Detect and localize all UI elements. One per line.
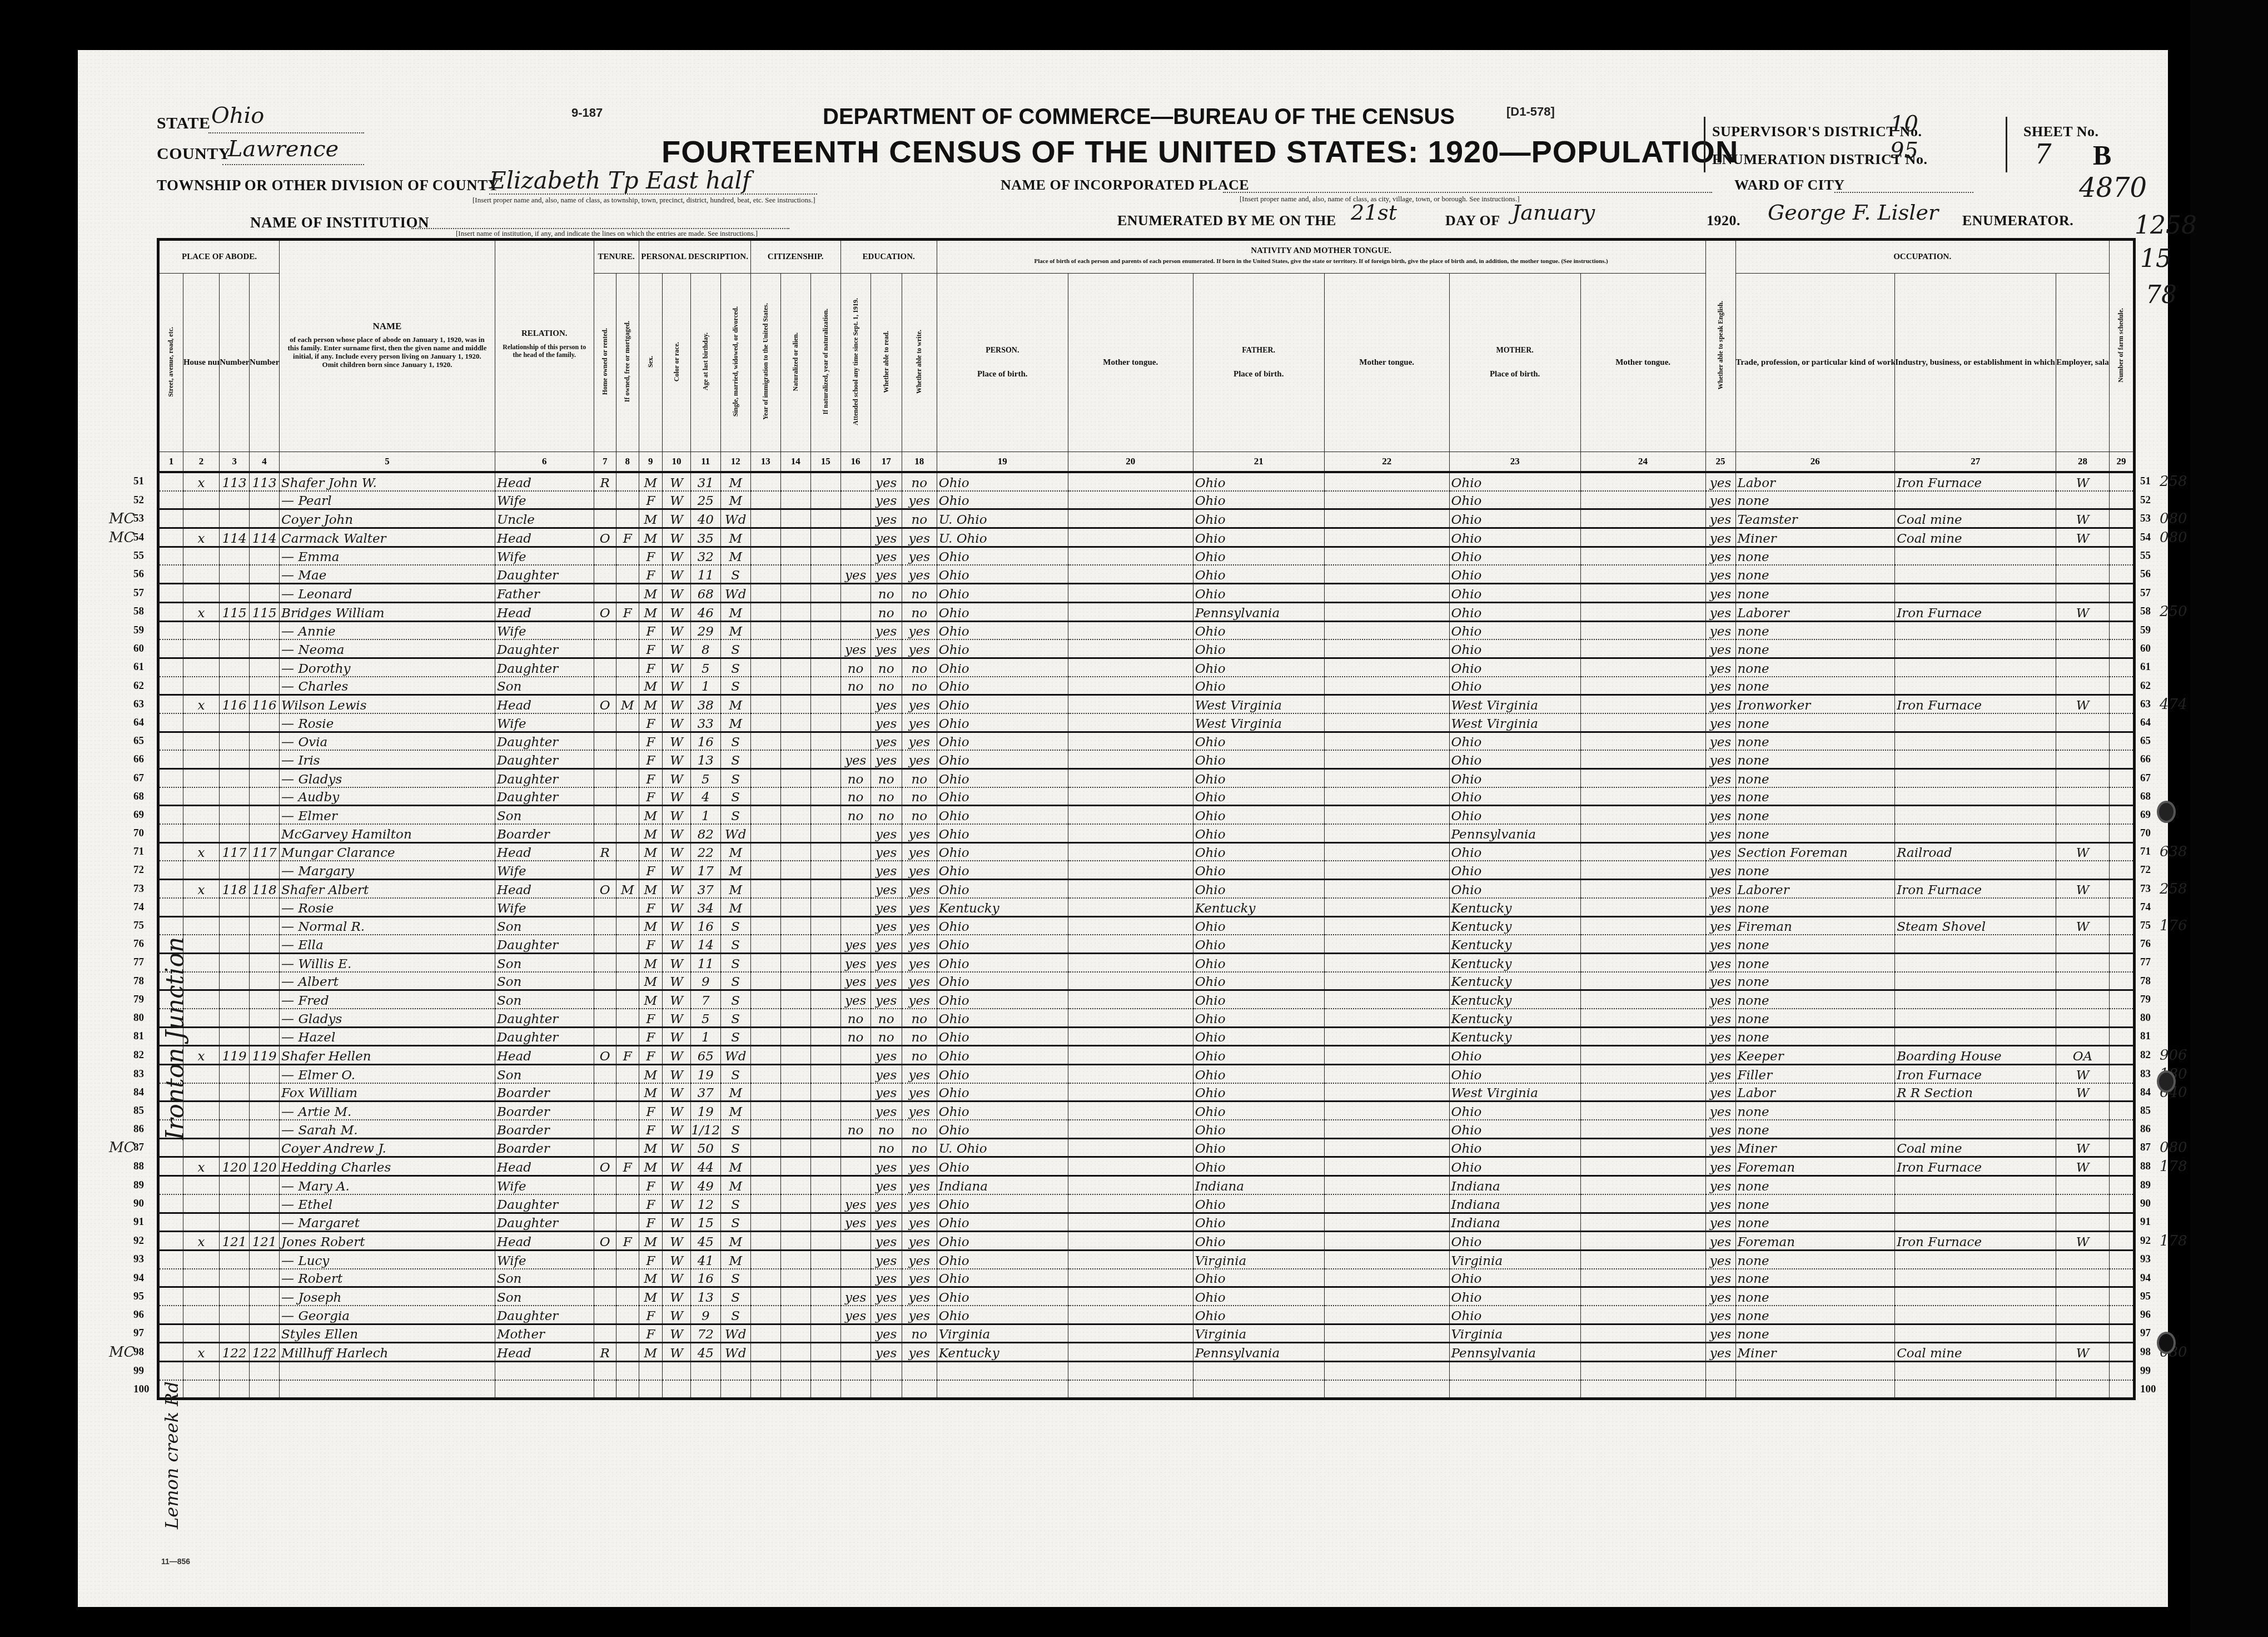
cell-race: W	[663, 639, 691, 658]
cell-english: yes	[1705, 658, 1735, 676]
line-number: 59	[133, 624, 144, 637]
cell-home	[594, 1194, 616, 1213]
cell-name: — Gladys	[280, 769, 495, 787]
cell-natyr	[810, 1083, 840, 1102]
cell-sex: M	[639, 528, 663, 547]
cell-name: — Gladys	[280, 1009, 495, 1027]
cell-nat	[780, 787, 810, 806]
cell-pob: Ohio	[937, 565, 1068, 583]
cell-age: 19	[690, 1065, 720, 1083]
line-number: 90	[2140, 1198, 2151, 1210]
cell-col-24	[1580, 621, 1705, 639]
cell-age: 37	[690, 1083, 720, 1102]
cell-trade: none	[1735, 861, 1895, 879]
cell-relation: Wife	[495, 713, 594, 732]
cell-sex: M	[639, 1343, 663, 1362]
cell-race: W	[663, 916, 691, 935]
line-number: 79	[2140, 994, 2151, 1006]
cell-col-29	[2109, 842, 2134, 861]
cell-read: no	[871, 658, 902, 676]
cell-imm	[750, 806, 780, 824]
cell-imm	[750, 1287, 780, 1306]
cell-imm	[750, 1046, 780, 1065]
cell-class: W	[2056, 1343, 2110, 1362]
cell-col-29	[2109, 1009, 2134, 1027]
cell-trade: none	[1735, 1213, 1895, 1232]
cell-age: 50	[690, 1138, 720, 1157]
cell-sex: F	[639, 621, 663, 639]
cell-mort	[616, 1287, 639, 1306]
census-row: x114114Carmack WalterHeadOFMW35MyesyesU.…	[158, 528, 2135, 547]
cell-col-22	[1324, 713, 1449, 732]
cell-english: yes	[1705, 472, 1735, 491]
cell-industry	[1895, 1027, 2056, 1046]
cell-nat	[780, 1269, 810, 1287]
cell-read: yes	[871, 1176, 902, 1194]
cell-age: 11	[690, 565, 720, 583]
cell-col-29	[2109, 953, 2134, 971]
cell-age: 45	[690, 1232, 720, 1251]
cell-industry	[1895, 898, 2056, 916]
cell-read: yes	[871, 1194, 902, 1213]
cell-col-24	[1580, 491, 1705, 509]
cell-trade: none	[1735, 898, 1895, 916]
cell-marital: M	[720, 491, 750, 509]
cell-sex: M	[639, 584, 663, 603]
cell-marital: M	[720, 861, 750, 879]
cell-age: 14	[690, 935, 720, 953]
cell-nat	[780, 1232, 810, 1251]
mother-heading: MOTHER.	[1450, 347, 1580, 371]
cell-pob: Ohio	[937, 750, 1068, 768]
census-row: — Mary A.WifeFW49MyesyesIndianaIndianaIn…	[158, 1176, 2135, 1194]
line-number: 54	[2140, 532, 2151, 544]
column-number: 8	[616, 452, 639, 473]
col-27-header: Industry, business, or establishment in …	[1895, 274, 2056, 452]
cell-english: yes	[1705, 602, 1735, 621]
cell-school	[840, 547, 871, 565]
cell-home	[594, 1306, 616, 1324]
cell-pob: Ohio	[937, 639, 1068, 658]
cell-visit	[183, 1269, 219, 1287]
cell-family	[250, 1120, 280, 1138]
cell-col-24	[1580, 472, 1705, 491]
cell-race: W	[663, 1287, 691, 1306]
cell-nat	[780, 1083, 810, 1102]
cell-school	[840, 509, 871, 528]
cell-pob: Ohio	[937, 861, 1068, 879]
cell-race: W	[663, 1157, 691, 1176]
cell-col-22	[1324, 1027, 1449, 1046]
cell-industry	[1895, 972, 2056, 990]
punch-hole	[2157, 1070, 2176, 1093]
cell-industry: Iron Furnace	[1895, 1065, 2056, 1083]
cell-home: R	[594, 1343, 616, 1362]
cell-pob: Ohio	[937, 1250, 1068, 1268]
cell-name: — Rosie	[280, 898, 495, 916]
cell-home: O	[594, 1232, 616, 1251]
cell-age: 25	[690, 491, 720, 509]
census-row: x115115Bridges WilliamHeadOFMW46MnonoOhi…	[158, 602, 2135, 621]
cell-read: no	[871, 806, 902, 824]
cell-english: yes	[1705, 1046, 1735, 1065]
cell-mort	[616, 547, 639, 565]
cell-col-24	[1580, 713, 1705, 732]
cell-imm	[750, 1138, 780, 1157]
cell-col-20	[1068, 695, 1193, 713]
cell-marital: M	[720, 1083, 750, 1102]
cell-write	[902, 1380, 937, 1399]
cell-col-29	[2109, 602, 2134, 621]
cell-fpob: Ohio	[1193, 861, 1324, 879]
cell-natyr	[810, 472, 840, 491]
line-number: 62	[133, 680, 144, 692]
cell-school: no	[840, 769, 871, 787]
cell-family	[250, 861, 280, 879]
cell-mpob: Pennsylvania	[1449, 824, 1580, 842]
census-row: — AnnieWifeFW29MyesyesOhioOhioOhioyesnon…	[158, 621, 2135, 639]
cell-imm	[750, 713, 780, 732]
cell-name: — Lucy	[280, 1250, 495, 1268]
cell-industry: Iron Furnace	[1895, 1157, 2056, 1176]
cell-mort	[616, 732, 639, 750]
line-number: 67	[133, 772, 144, 785]
cell-age: 16	[690, 1269, 720, 1287]
line-number: 91	[133, 1216, 144, 1228]
cell-english	[1705, 1362, 1735, 1380]
cell-school	[840, 898, 871, 916]
cell-pob: Ohio	[937, 916, 1068, 935]
enumerator-label: ENUMERATOR.	[1962, 212, 2073, 229]
cell-read: yes	[871, 842, 902, 861]
cell-mpob: Ohio	[1449, 584, 1580, 603]
column-number: 3	[220, 452, 250, 473]
cell-dwelling	[220, 1250, 250, 1268]
cell-imm	[750, 1269, 780, 1287]
cell-sex: M	[639, 990, 663, 1009]
cell-home	[594, 1176, 616, 1194]
cell-home: R	[594, 472, 616, 491]
cell-mort	[616, 1343, 639, 1362]
left-margin-mark: MC	[109, 1344, 135, 1361]
cell-marital: M	[720, 547, 750, 565]
cell-trade: none	[1735, 732, 1895, 750]
column-number: 7	[594, 452, 616, 473]
cell-name: Shafer John W.	[280, 472, 495, 491]
cell-trade: none	[1735, 935, 1895, 953]
cell-family	[250, 953, 280, 971]
cell-age: 37	[690, 880, 720, 898]
cell-sex	[639, 1362, 663, 1380]
cell-race: W	[663, 990, 691, 1009]
cell-industry: Iron Furnace	[1895, 472, 2056, 491]
line-number: 53	[2140, 513, 2151, 525]
cell-write: yes	[902, 1157, 937, 1176]
cell-write: yes	[902, 1213, 937, 1232]
cell-english: yes	[1705, 990, 1735, 1009]
cell-col-24	[1580, 1287, 1705, 1306]
cell-dwelling	[220, 1102, 250, 1120]
cell-imm	[750, 1176, 780, 1194]
cell-mort	[616, 472, 639, 491]
cell-age: 46	[690, 602, 720, 621]
cell-industry	[1895, 565, 2056, 583]
cell-visit	[183, 1362, 219, 1380]
line-number: 83	[133, 1068, 144, 1080]
line-number: 56	[133, 568, 144, 581]
cell-class	[2056, 1009, 2110, 1027]
cell-nat	[780, 732, 810, 750]
cell-industry	[1895, 824, 2056, 842]
cell-name: — Sarah M.	[280, 1120, 495, 1138]
cell-col-1	[158, 1213, 183, 1232]
cell-fpob: Ohio	[1193, 528, 1324, 547]
cell-marital: S	[720, 1120, 750, 1138]
cell-write: yes	[902, 1176, 937, 1194]
cell-school: no	[840, 806, 871, 824]
cell-dwelling	[220, 1138, 250, 1157]
cell-fpob: Virginia	[1193, 1324, 1324, 1343]
cell-col-22	[1324, 1120, 1449, 1138]
cell-sex: M	[639, 1232, 663, 1251]
cell-col-20	[1068, 621, 1193, 639]
line-number: 74	[2140, 901, 2151, 914]
cell-class	[2056, 1194, 2110, 1213]
cell-relation: Son	[495, 1287, 594, 1306]
cell-dwelling	[220, 677, 250, 695]
cell-class: W	[2056, 916, 2110, 935]
cell-dwelling	[220, 972, 250, 990]
column-number: 27	[1895, 452, 2056, 473]
cell-read: yes	[871, 1102, 902, 1120]
cell-english: yes	[1705, 1232, 1735, 1251]
cell-relation: Wife	[495, 491, 594, 509]
margin-note-2: 1258	[2135, 211, 2197, 240]
cell-natyr	[810, 1306, 840, 1324]
cell-pob: Ohio	[937, 769, 1068, 787]
cell-col-20	[1068, 1362, 1193, 1380]
cell-school: no	[840, 1027, 871, 1046]
cell-imm	[750, 824, 780, 842]
cell-imm	[750, 1306, 780, 1324]
census-row: Coyer JohnUncleMW40WdyesnoU. OhioOhioOhi…	[158, 509, 2135, 528]
cell-mpob: Kentucky	[1449, 972, 1580, 990]
cell-write: yes	[902, 695, 937, 713]
cell-natyr	[810, 732, 840, 750]
cell-age: 15	[690, 1213, 720, 1232]
cell-col-29	[2109, 935, 2134, 953]
cell-relation: Daughter	[495, 732, 594, 750]
occupation-code: 080	[2160, 529, 2187, 546]
census-row: x118118Shafer AlbertHeadOMMW37MyesyesOhi…	[158, 880, 2135, 898]
cell-col-20	[1068, 1324, 1193, 1343]
cell-family	[250, 1176, 280, 1194]
cell-imm	[750, 491, 780, 509]
cell-marital: M	[720, 528, 750, 547]
col-9-header: Sex.	[639, 274, 663, 452]
cell-school: no	[840, 1009, 871, 1027]
column-number: 9	[639, 452, 663, 473]
cell-marital: S	[720, 935, 750, 953]
cell-col-29	[2109, 972, 2134, 990]
cell-fpob: Ohio	[1193, 916, 1324, 935]
cell-mort	[616, 1176, 639, 1194]
cell-mpob: Ohio	[1449, 787, 1580, 806]
cell-class	[2056, 750, 2110, 768]
cell-fpob: Ohio	[1193, 621, 1324, 639]
column-number: 14	[780, 452, 810, 473]
cell-dwelling	[220, 1362, 250, 1380]
cell-imm	[750, 1102, 780, 1120]
name-instructions: of each person whose place of abode on J…	[280, 332, 495, 372]
cell-english	[1705, 1380, 1735, 1399]
cell-natyr	[810, 1380, 840, 1399]
cell-race: W	[663, 880, 691, 898]
cell-english: yes	[1705, 1306, 1735, 1324]
cell-marital: Wd	[720, 1343, 750, 1362]
cell-school: yes	[840, 1287, 871, 1306]
occupation-code: 258	[2160, 881, 2187, 897]
cell-race	[663, 1362, 691, 1380]
line-number: 55	[133, 550, 144, 562]
cell-read: yes	[871, 1213, 902, 1232]
cell-mpob: Ohio	[1449, 658, 1580, 676]
line-number: 74	[133, 901, 144, 914]
group-citizenship: CITIZENSHIP.	[750, 240, 840, 274]
cell-col-24	[1580, 1083, 1705, 1102]
cell-sex: F	[639, 1194, 663, 1213]
cell-name: Millhuff Harlech	[280, 1343, 495, 1362]
census-row: Fox WilliamBoarderMW37MyesyesOhioOhioWes…	[158, 1083, 2135, 1102]
cell-mort	[616, 1102, 639, 1120]
cell-sex: M	[639, 1157, 663, 1176]
line-number: 88	[133, 1160, 144, 1173]
cell-industry: Railroad	[1895, 842, 2056, 861]
group-occupation: OCCUPATION.	[1735, 240, 2109, 274]
cell-col-29	[2109, 880, 2134, 898]
cell-age	[690, 1362, 720, 1380]
cell-home	[594, 621, 616, 639]
cell-pob: Ohio	[937, 1269, 1068, 1287]
cell-relation: Head	[495, 1343, 594, 1362]
cell-natyr	[810, 1065, 840, 1083]
cell-english: yes	[1705, 1157, 1735, 1176]
cell-home	[594, 639, 616, 658]
cell-imm	[750, 769, 780, 787]
cell-name: Shafer Hellen	[280, 1046, 495, 1065]
cell-family	[250, 1138, 280, 1157]
cell-natyr	[810, 861, 840, 879]
cell-class: W	[2056, 880, 2110, 898]
col-28-header: Employer, salary or wage worker, or work…	[2056, 274, 2110, 452]
cell-relation: Son	[495, 953, 594, 971]
cell-col-20	[1068, 1138, 1193, 1157]
cell-col-29	[2109, 1362, 2134, 1380]
cell-col-24	[1580, 1324, 1705, 1343]
cell-natyr	[810, 1324, 840, 1343]
cell-col-1	[158, 1250, 183, 1268]
cell-sex: M	[639, 1269, 663, 1287]
cell-pob: Ohio	[937, 584, 1068, 603]
cell-imm	[750, 990, 780, 1009]
cell-col-22	[1324, 898, 1449, 916]
cell-home	[594, 1083, 616, 1102]
cell-natyr	[810, 658, 840, 676]
cell-col-20	[1068, 990, 1193, 1009]
cell-mpob: Ohio	[1449, 491, 1580, 509]
cell-class	[2056, 769, 2110, 787]
cell-col-1	[158, 1194, 183, 1213]
cell-sex: F	[639, 1306, 663, 1324]
group-relation: RELATION. Relationship of this person to…	[495, 240, 594, 452]
census-row: — EllaDaughterFW14SyesyesyesOhioOhioKent…	[158, 935, 2135, 953]
cell-race: W	[663, 658, 691, 676]
cell-write: no	[902, 1027, 937, 1046]
cell-imm	[750, 935, 780, 953]
cell-sex: F	[639, 565, 663, 583]
cell-write: yes	[902, 953, 937, 971]
cell-industry	[1895, 639, 2056, 658]
cell-mort	[616, 1065, 639, 1083]
cell-name: Carmack Walter	[280, 528, 495, 547]
cell-english: yes	[1705, 528, 1735, 547]
cell-imm	[750, 677, 780, 695]
line-number: 77	[133, 956, 144, 969]
cell-mort	[616, 953, 639, 971]
cell-col-29	[2109, 565, 2134, 583]
cell-race: W	[663, 953, 691, 971]
cell-home	[594, 677, 616, 695]
census-row: x116116Wilson LewisHeadOMMW38MyesyesOhio…	[158, 695, 2135, 713]
cell-col-24	[1580, 990, 1705, 1009]
cell-natyr	[810, 1157, 840, 1176]
cell-dwelling	[220, 1065, 250, 1083]
street-note-ironton-junction: Ironton Junction	[161, 639, 190, 1140]
group-name: NAME of each person whose place of abode…	[280, 240, 495, 452]
cell-home	[594, 769, 616, 787]
cell-mpob: Ohio	[1449, 861, 1580, 879]
cell-dwelling	[220, 1306, 250, 1324]
cell-read: no	[871, 1120, 902, 1138]
cell-fpob: Ohio	[1193, 1046, 1324, 1065]
cell-dwelling	[220, 621, 250, 639]
cell-dwelling: 119	[220, 1046, 250, 1065]
enumerated-year: 1920.	[1707, 212, 1740, 229]
line-number: 69	[133, 809, 144, 821]
cell-family	[250, 1306, 280, 1324]
column-number: 6	[495, 452, 594, 473]
cell-natyr	[810, 953, 840, 971]
cell-industry	[1895, 713, 2056, 732]
cell-race: W	[663, 898, 691, 916]
cell-pob: Ohio	[937, 880, 1068, 898]
cell-col-1	[158, 621, 183, 639]
cell-english: yes	[1705, 639, 1735, 658]
cell-age: 68	[690, 584, 720, 603]
cell-home	[594, 1380, 616, 1399]
cell-read: yes	[871, 824, 902, 842]
line-number: 81	[133, 1030, 144, 1043]
cell-pob: Ohio	[937, 1027, 1068, 1046]
cell-natyr	[810, 1102, 840, 1120]
ward-label: WARD OF CITY	[1734, 177, 1845, 194]
mother-pob-label: Place of birth.	[1450, 371, 1580, 378]
cell-marital: S	[720, 787, 750, 806]
cell-nat	[780, 695, 810, 713]
cell-col-24	[1580, 1194, 1705, 1213]
cell-dwelling	[220, 935, 250, 953]
cell-fpob: Ohio	[1193, 547, 1324, 565]
